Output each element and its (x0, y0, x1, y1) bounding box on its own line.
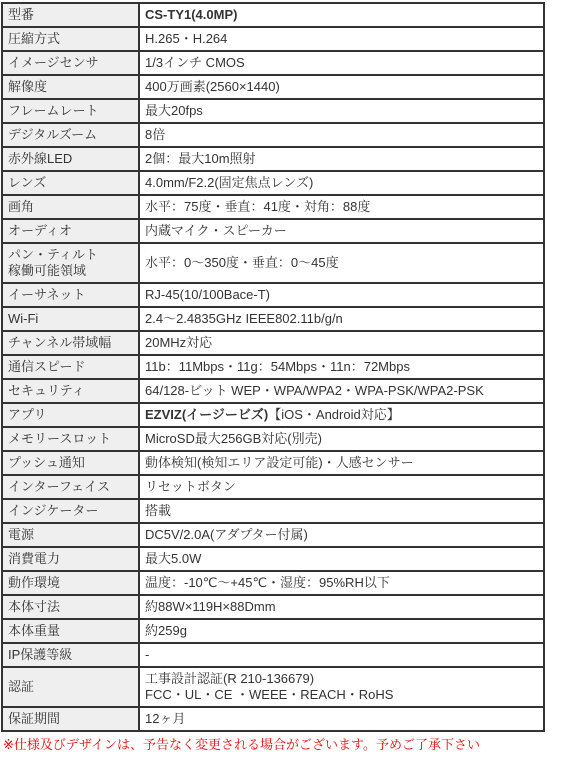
table-row: アプリ EZVIZ(イージービズ)【iOS・Android対応】 (2, 403, 544, 427)
spec-value: CS-TY1(4.0MP) (139, 3, 544, 27)
spec-value: 搭載 (139, 499, 544, 523)
table-row: IP保護等級 - (2, 643, 544, 667)
table-row: 本体重量 約259g (2, 619, 544, 643)
spec-label: メモリースロット (2, 427, 139, 451)
spec-value: 1/3インチ CMOS (139, 51, 544, 75)
spec-label: チャンネル帯域幅 (2, 331, 139, 355)
table-row: Wi-Fi 2.4〜2.4835GHz IEEE802.11b/g/n (2, 307, 544, 331)
disclaimer-note: ※仕様及びデザインは、予告なく変更される場合がございます。予めご了承下さい (3, 737, 563, 752)
spec-value: 水平：75度・垂直：41度・対角：88度 (139, 195, 544, 219)
spec-value: EZVIZ(イージービズ)【iOS・Android対応】 (139, 403, 544, 427)
table-row: インターフェイス リセットボタン (2, 475, 544, 499)
spec-label: オーディオ (2, 219, 139, 243)
spec-value: 温度：-10℃〜+45℃・湿度：95%RH以下 (139, 571, 544, 595)
spec-value: 約88W×119H×88Dmm (139, 595, 544, 619)
spec-value: 最大20fps (139, 99, 544, 123)
spec-label: 型番 (2, 3, 139, 27)
spec-label: 通信スピード (2, 355, 139, 379)
spec-label: イメージセンサ (2, 51, 139, 75)
table-row: レンズ 4.0mm/F2.2(固定焦点レンズ) (2, 171, 544, 195)
spec-value: 8倍 (139, 123, 544, 147)
spec-value: H.265・H.264 (139, 27, 544, 51)
spec-label: イーサネット (2, 283, 139, 307)
table-row: 赤外線LED 2個：最大10m照射 (2, 147, 544, 171)
spec-value: 11b：11Mbps・11g：54Mbps・11n：72Mbps (139, 355, 544, 379)
certification-line1: 工事設計認証(R 210-136679) (145, 671, 538, 687)
table-row: 動作環境 温度：-10℃〜+45℃・湿度：95%RH以下 (2, 571, 544, 595)
table-row: セキュリティ 64/128-ビット WEP・WPA/WPA2・WPA-PSK/W… (2, 379, 544, 403)
spec-value: 動体検知(検知エリア設定可能)・人感センサー (139, 451, 544, 475)
spec-value: 水平：0〜350度・垂直：0〜45度 (139, 243, 544, 283)
spec-label: アプリ (2, 403, 139, 427)
spec-label-line2: 稼働可能領域 (8, 263, 86, 278)
spec-label: 圧縮方式 (2, 27, 139, 51)
spec-label: インジケーター (2, 499, 139, 523)
spec-value: - (139, 643, 544, 667)
spec-label: 本体寸法 (2, 595, 139, 619)
spec-value: 64/128-ビット WEP・WPA/WPA2・WPA-PSK/WPA2-PSK (139, 379, 544, 403)
spec-label: セキュリティ (2, 379, 139, 403)
spec-table: 型番 CS-TY1(4.0MP) 圧縮方式 H.265・H.264 イメージセン… (1, 2, 545, 732)
table-row: インジケーター 搭載 (2, 499, 544, 523)
spec-value: 2.4〜2.4835GHz IEEE802.11b/g/n (139, 307, 544, 331)
table-row: 解像度 400万画素(2560×1440) (2, 75, 544, 99)
table-row: イメージセンサ 1/3インチ CMOS (2, 51, 544, 75)
spec-value: リセットボタン (139, 475, 544, 499)
spec-label: 認証 (2, 667, 139, 707)
table-row: 圧縮方式 H.265・H.264 (2, 27, 544, 51)
spec-label: パン・ティルト稼働可能領域 (2, 243, 139, 283)
table-row: 電源 DC5V/2.0A(アダプター付属) (2, 523, 544, 547)
spec-label: 赤外線LED (2, 147, 139, 171)
app-name-bold: EZVIZ(イージービズ) (145, 407, 268, 422)
table-row: 通信スピード 11b：11Mbps・11g：54Mbps・11n：72Mbps (2, 355, 544, 379)
spec-label: 画角 (2, 195, 139, 219)
spec-value: 約259g (139, 619, 544, 643)
spec-label: 動作環境 (2, 571, 139, 595)
spec-label: IP保護等級 (2, 643, 139, 667)
table-row: デジタルズーム 8倍 (2, 123, 544, 147)
spec-label: デジタルズーム (2, 123, 139, 147)
spec-label: 保証期間 (2, 707, 139, 731)
spec-value: RJ-45(10/100Bace-T) (139, 283, 544, 307)
spec-value: 12ヶ月 (139, 707, 544, 731)
table-row: オーディオ 内蔵マイク・スピーカー (2, 219, 544, 243)
spec-label: インターフェイス (2, 475, 139, 499)
table-row: 画角 水平：75度・垂直：41度・対角：88度 (2, 195, 544, 219)
spec-page: 型番 CS-TY1(4.0MP) 圧縮方式 H.265・H.264 イメージセン… (0, 0, 563, 762)
table-row: プッシュ通知 動体検知(検知エリア設定可能)・人感センサー (2, 451, 544, 475)
app-name-rest: 【iOS・Android対応】 (268, 407, 399, 422)
table-row: チャンネル帯域幅 20MHz対応 (2, 331, 544, 355)
spec-label: フレームレート (2, 99, 139, 123)
spec-value: 最大5.0W (139, 547, 544, 571)
spec-label: 電源 (2, 523, 139, 547)
table-row: フレームレート 最大20fps (2, 99, 544, 123)
table-row: 型番 CS-TY1(4.0MP) (2, 3, 544, 27)
table-row: パン・ティルト稼働可能領域 水平：0〜350度・垂直：0〜45度 (2, 243, 544, 283)
spec-label: 消費電力 (2, 547, 139, 571)
spec-label: プッシュ通知 (2, 451, 139, 475)
spec-value: 内蔵マイク・スピーカー (139, 219, 544, 243)
table-row: 消費電力 最大5.0W (2, 547, 544, 571)
table-row: メモリースロット MicroSD最大256GB対応(別売) (2, 427, 544, 451)
spec-label: 解像度 (2, 75, 139, 99)
spec-label: レンズ (2, 171, 139, 195)
table-row: イーサネット RJ-45(10/100Bace-T) (2, 283, 544, 307)
spec-value: 4.0mm/F2.2(固定焦点レンズ) (139, 171, 544, 195)
certification-line2: FCC・UL・CE ・WEEE・REACH・RoHS (145, 687, 538, 703)
spec-value: 400万画素(2560×1440) (139, 75, 544, 99)
spec-label: 本体重量 (2, 619, 139, 643)
table-row: 保証期間 12ヶ月 (2, 707, 544, 731)
table-row: 本体寸法 約88W×119H×88Dmm (2, 595, 544, 619)
spec-value: MicroSD最大256GB対応(別売) (139, 427, 544, 451)
spec-value: 20MHz対応 (139, 331, 544, 355)
spec-label: Wi-Fi (2, 307, 139, 331)
spec-value: 2個：最大10m照射 (139, 147, 544, 171)
spec-value: 工事設計認証(R 210-136679)FCC・UL・CE ・WEEE・REAC… (139, 667, 544, 707)
spec-value: DC5V/2.0A(アダプター付属) (139, 523, 544, 547)
table-row: 認証 工事設計認証(R 210-136679)FCC・UL・CE ・WEEE・R… (2, 667, 544, 707)
spec-label-line1: パン・ティルト (8, 247, 98, 262)
